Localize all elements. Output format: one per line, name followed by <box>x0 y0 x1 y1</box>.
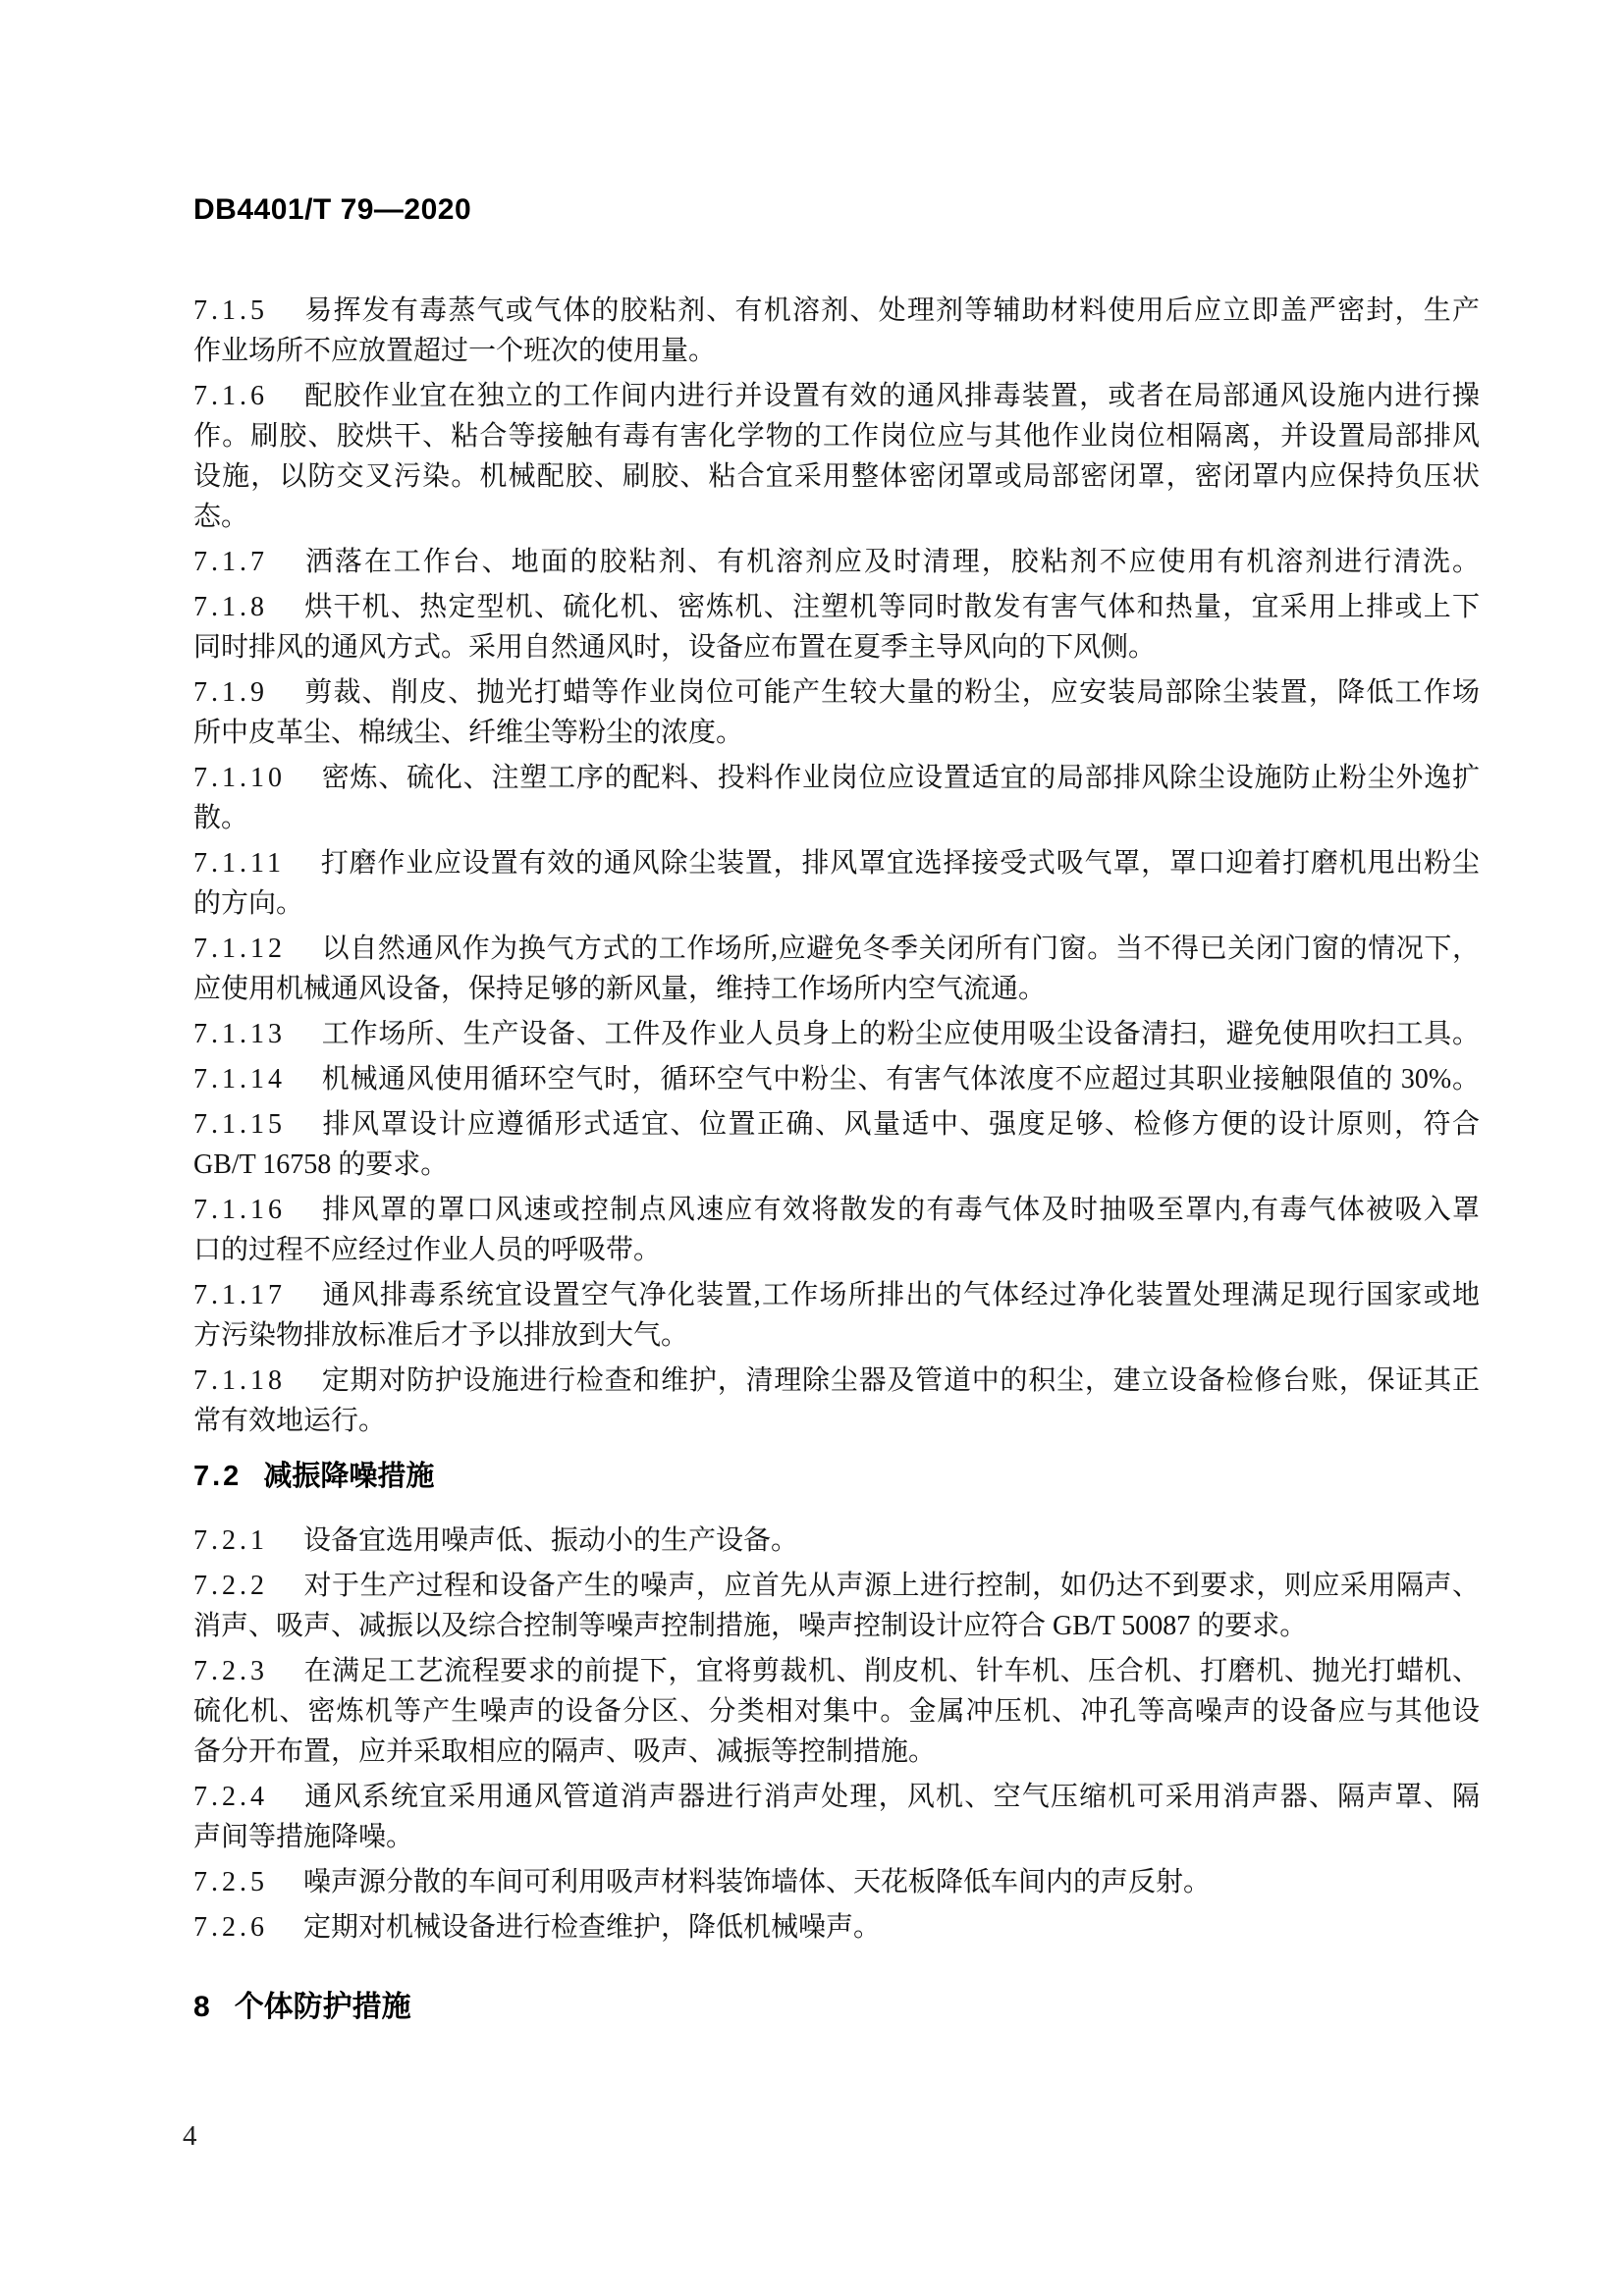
clause: 7.2.2对于生产过程和设备产生的噪声，应首先从声源上进行控制，如仍达不到要求，… <box>193 1566 1480 1646</box>
clause-line: 的方向。 <box>193 883 1480 924</box>
clause-text: 方污染物排放标准后才予以排放到大气。 <box>193 1320 688 1351</box>
clause-number: 7.1.9 <box>193 677 268 708</box>
clause-text: 通风排毒系统宜设置空气净化装置,工作场所排出的气体经过净化装置处理满足现行国家或… <box>321 1280 1480 1310</box>
clause-text: 排风罩的罩口风速或控制点风速应有效将散发的有毒气体及时抽吸至罩内,有毒气体被吸入… <box>321 1195 1480 1225</box>
section-title: 减振降噪措施 <box>263 1461 434 1492</box>
clause-line: 7.1.13工作场所、生产设备、工件及作业人员身上的粉尘应使用吸尘设备清扫，避免… <box>193 1014 1480 1054</box>
clause-number: 7.1.6 <box>193 381 268 411</box>
clause-number: 7.1.17 <box>193 1280 286 1310</box>
clause-number: 7.2.1 <box>193 1525 268 1556</box>
clause: 7.1.6配胶作业宜在独立的工作间内进行并设置有效的通风排毒装置，或者在局部通风… <box>193 376 1480 537</box>
clause-number: 7.1.8 <box>193 592 268 622</box>
clause-line: 硫化机、密炼机等产生噪声的设备分区、分类相对集中。金属冲压机、冲孔等高噪声的设备… <box>193 1691 1480 1732</box>
clause-number: 7.2.2 <box>193 1571 268 1601</box>
clause-line: 散。 <box>193 798 1480 838</box>
clause-number: 7.1.12 <box>193 934 286 964</box>
clause-text: 设施，以防交叉污染。机械配胶、刷胶、粘合宜采用整体密闭罩或局部密闭罩，密闭罩内应… <box>193 461 1480 492</box>
clause-text: 同时排风的通风方式。采用自然通风时，设备应布置在夏季主导风向的下风侧。 <box>193 632 1156 663</box>
clause-text: 硫化机、密炼机等产生噪声的设备分区、分类相对集中。金属冲压机、冲孔等高噪声的设备… <box>193 1696 1480 1727</box>
clause-number: 7.1.11 <box>193 848 285 879</box>
clause: 7.1.9剪裁、削皮、抛光打蜡等作业岗位可能产生较大量的粉尘，应安装局部除尘装置… <box>193 672 1480 753</box>
clause: 7.1.5易挥发有毒蒸气或气体的胶粘剂、有机溶剂、处理剂等辅助材料使用后应立即盖… <box>193 291 1480 371</box>
clause-line: 口的过程不应经过作业人员的呼吸带。 <box>193 1230 1480 1270</box>
clause: 7.1.13工作场所、生产设备、工件及作业人员身上的粉尘应使用吸尘设备清扫，避免… <box>193 1014 1480 1054</box>
section-number: 7.2 <box>193 1461 242 1492</box>
clause-line: 消声、吸声、减振以及综合控制等噪声控制措施，噪声控制设计应符合 GB/T 500… <box>193 1606 1480 1646</box>
clause-line: 7.1.7洒落在工作台、地面的胶粘剂、有机溶剂应及时清理，胶粘剂不应使用有机溶剂… <box>193 542 1480 582</box>
clause: 7.2.4通风系统宜采用通风管道消声器进行消声处理，风机、空气压缩机可采用消声器… <box>193 1777 1480 1857</box>
section-title: 个体防护措施 <box>235 1991 411 2023</box>
clause-number: 7.2.6 <box>193 1912 268 1943</box>
clause-number: 7.1.7 <box>193 547 268 577</box>
clause-text: 应使用机械通风设备，保持足够的新风量，维持工作场所内空气流通。 <box>193 974 1046 1004</box>
clause-number: 7.1.18 <box>193 1365 286 1396</box>
clause-number: 7.2.4 <box>193 1782 268 1812</box>
clause-line: 常有效地运行。 <box>193 1401 1480 1441</box>
clause-text: 的方向。 <box>193 888 303 919</box>
clause-text: 机械通风使用循环空气时，循环空气中粉尘、有害气体浓度不应超过其职业接触限值的 3… <box>321 1064 1480 1095</box>
clause-text: 常有效地运行。 <box>193 1406 386 1436</box>
document-page: DB4401/T 79—2020 7.1.5易挥发有毒蒸气或气体的胶粘剂、有机溶… <box>0 0 1624 2296</box>
clause-line: 7.1.15排风罩设计应遵循形式适宜、位置正确、风量适中、强度足够、检修方便的设… <box>193 1104 1480 1145</box>
clause: 7.1.15排风罩设计应遵循形式适宜、位置正确、风量适中、强度足够、检修方便的设… <box>193 1104 1480 1185</box>
clause: 7.2.5噪声源分散的车间可利用吸声材料装饰墙体、天花板降低车间内的声反射。 <box>193 1862 1480 1902</box>
clause-text: 烘干机、热定型机、硫化机、密炼机、注塑机等同时散发有害气体和热量，宜采用上排或上… <box>303 592 1480 622</box>
clause-line: 7.2.3在满足工艺流程要求的前提下，宜将剪裁机、削皮机、针车机、压合机、打磨机… <box>193 1651 1480 1691</box>
clause-line: 7.1.9剪裁、削皮、抛光打蜡等作业岗位可能产生较大量的粉尘，应安装局部除尘装置… <box>193 672 1480 713</box>
clause-line: 7.2.2对于生产过程和设备产生的噪声，应首先从声源上进行控制，如仍达不到要求，… <box>193 1566 1480 1606</box>
clause-line: 设施，以防交叉污染。机械配胶、刷胶、粘合宜采用整体密闭罩或局部密闭罩，密闭罩内应… <box>193 456 1480 497</box>
doc-body: 7.1.5易挥发有毒蒸气或气体的胶粘剂、有机溶剂、处理剂等辅助材料使用后应立即盖… <box>193 291 1480 2027</box>
clause: 7.1.17通风排毒系统宜设置空气净化装置,工作场所排出的气体经过净化装置处理满… <box>193 1275 1480 1356</box>
section-heading: 8个体防护措施 <box>193 1987 1480 2027</box>
clause-text: 以自然通风作为换气方式的工作场所,应避免冬季关闭所有门窗。当不得已关闭门窗的情况… <box>321 934 1480 964</box>
clause-text: 设备宜选用噪声低、振动小的生产设备。 <box>303 1525 798 1556</box>
clause: 7.1.18定期对防护设施进行检查和维护，清理除尘器及管道中的积尘，建立设备检修… <box>193 1361 1480 1441</box>
page-number: 4 <box>183 2116 197 2157</box>
clause-text: 备分开布置，应并采取相应的隔声、吸声、减振等控制措施。 <box>193 1736 936 1767</box>
clause: 7.2.6定期对机械设备进行检查维护，降低机械噪声。 <box>193 1907 1480 1948</box>
clause-text: 工作场所、生产设备、工件及作业人员身上的粉尘应使用吸尘设备清扫，避免使用吹扫工具… <box>321 1019 1480 1049</box>
clause-line: 所中皮革尘、棉绒尘、纤维尘等粉尘的浓度。 <box>193 713 1480 753</box>
clause-line: GB/T 16758 的要求。 <box>193 1145 1480 1185</box>
clause-text: 排风罩设计应遵循形式适宜、位置正确、风量适中、强度足够、检修方便的设计原则，符合 <box>321 1109 1480 1140</box>
clause-line: 作业场所不应放置超过一个班次的使用量。 <box>193 331 1480 371</box>
clause-text: 对于生产过程和设备产生的噪声，应首先从声源上进行控制，如仍达不到要求，则应采用隔… <box>303 1571 1480 1601</box>
clause-text: 剪裁、削皮、抛光打蜡等作业岗位可能产生较大量的粉尘，应安装局部除尘装置，降低工作… <box>303 677 1480 708</box>
clause-text: 打磨作业应设置有效的通风除尘装置，排风罩宜选择接受式吸气罩，罩口迎着打磨机甩出粉… <box>320 848 1480 879</box>
clause-text: 散。 <box>193 803 248 833</box>
clause-text: 通风系统宜采用通风管道消声器进行消声处理，风机、空气压缩机可采用消声器、隔声罩、… <box>303 1782 1480 1812</box>
clause: 7.1.12以自然通风作为换气方式的工作场所,应避免冬季关闭所有门窗。当不得已关… <box>193 929 1480 1009</box>
clause-line: 7.1.8烘干机、热定型机、硫化机、密炼机、注塑机等同时散发有害气体和热量，宜采… <box>193 587 1480 627</box>
clause-line: 7.1.18定期对防护设施进行检查和维护，清理除尘器及管道中的积尘，建立设备检修… <box>193 1361 1480 1401</box>
clause-number: 7.1.13 <box>193 1019 286 1049</box>
clause-text: GB/T 16758 的要求。 <box>193 1149 448 1180</box>
standard-number-header: DB4401/T 79—2020 <box>193 193 471 227</box>
clause-text: 声间等措施降噪。 <box>193 1822 413 1852</box>
clause-text: 消声、吸声、减振以及综合控制等噪声控制措施，噪声控制设计应符合 GB/T 500… <box>193 1611 1307 1641</box>
clause-line: 7.1.6配胶作业宜在独立的工作间内进行并设置有效的通风排毒装置，或者在局部通风… <box>193 376 1480 416</box>
clause: 7.2.3在满足工艺流程要求的前提下，宜将剪裁机、削皮机、针车机、压合机、打磨机… <box>193 1651 1480 1772</box>
clause-number: 7.1.14 <box>193 1064 286 1095</box>
clause-text: 密炼、硫化、注塑工序的配料、投料作业岗位应设置适宜的局部排风除尘设施防止粉尘外逸… <box>321 763 1480 793</box>
clause-number: 7.1.15 <box>193 1109 286 1140</box>
clause-line: 7.1.14机械通风使用循环空气时，循环空气中粉尘、有害气体浓度不应超过其职业接… <box>193 1059 1480 1099</box>
clause-text: 洒落在工作台、地面的胶粘剂、有机溶剂应及时清理，胶粘剂不应使用有机溶剂进行清洗。 <box>303 547 1480 577</box>
clause: 7.1.14机械通风使用循环空气时，循环空气中粉尘、有害气体浓度不应超过其职业接… <box>193 1059 1480 1099</box>
clause: 7.1.8烘干机、热定型机、硫化机、密炼机、注塑机等同时散发有害气体和热量，宜采… <box>193 587 1480 667</box>
section-number: 8 <box>193 1991 213 2023</box>
clause-text: 口的过程不应经过作业人员的呼吸带。 <box>193 1235 661 1265</box>
clause-text: 在满足工艺流程要求的前提下，宜将剪裁机、削皮机、针车机、压合机、打磨机、抛光打蜡… <box>303 1656 1480 1686</box>
clause-line: 作。刷胶、胶烘干、粘合等接触有毒有害化学物的工作岗位应与其他作业岗位相隔离，并设… <box>193 416 1480 456</box>
clause-line: 态。 <box>193 497 1480 537</box>
clause: 7.1.7洒落在工作台、地面的胶粘剂、有机溶剂应及时清理，胶粘剂不应使用有机溶剂… <box>193 542 1480 582</box>
clause-line: 方污染物排放标准后才予以排放到大气。 <box>193 1315 1480 1356</box>
clause-line: 同时排风的通风方式。采用自然通风时，设备应布置在夏季主导风向的下风侧。 <box>193 627 1480 667</box>
clause-text: 定期对防护设施进行检查和维护，清理除尘器及管道中的积尘，建立设备检修台账，保证其… <box>321 1365 1480 1396</box>
clause-text: 噪声源分散的车间可利用吸声材料装饰墙体、天花板降低车间内的声反射。 <box>303 1867 1211 1897</box>
clause-number: 7.1.5 <box>193 295 268 326</box>
clause-line: 7.1.17通风排毒系统宜设置空气净化装置,工作场所排出的气体经过净化装置处理满… <box>193 1275 1480 1315</box>
clause: 7.2.1设备宜选用噪声低、振动小的生产设备。 <box>193 1521 1480 1561</box>
clause: 7.1.16排风罩的罩口风速或控制点风速应有效将散发的有毒气体及时抽吸至罩内,有… <box>193 1190 1480 1270</box>
clause-line: 备分开布置，应并采取相应的隔声、吸声、减振等控制措施。 <box>193 1732 1480 1772</box>
clause-line: 7.1.16排风罩的罩口风速或控制点风速应有效将散发的有毒气体及时抽吸至罩内,有… <box>193 1190 1480 1230</box>
clause-line: 声间等措施降噪。 <box>193 1817 1480 1857</box>
clause-line: 应使用机械通风设备，保持足够的新风量，维持工作场所内空气流通。 <box>193 969 1480 1009</box>
clause-text: 配胶作业宜在独立的工作间内进行并设置有效的通风排毒装置，或者在局部通风设施内进行… <box>303 381 1480 411</box>
clause-text: 态。 <box>193 502 248 532</box>
clause-number: 7.1.16 <box>193 1195 286 1225</box>
clause-line: 7.1.11打磨作业应设置有效的通风除尘装置，排风罩宜选择接受式吸气罩，罩口迎着… <box>193 843 1480 883</box>
clause-number: 7.2.5 <box>193 1867 268 1897</box>
clause-number: 7.1.10 <box>193 763 286 793</box>
clause-line: 7.1.12以自然通风作为换气方式的工作场所,应避免冬季关闭所有门窗。当不得已关… <box>193 929 1480 969</box>
clause-text: 定期对机械设备进行检查维护，降低机械噪声。 <box>303 1912 881 1943</box>
clause-line: 7.1.5易挥发有毒蒸气或气体的胶粘剂、有机溶剂、处理剂等辅助材料使用后应立即盖… <box>193 291 1480 331</box>
clause-text: 作业场所不应放置超过一个班次的使用量。 <box>193 336 716 366</box>
clause: 7.1.11打磨作业应设置有效的通风除尘装置，排风罩宜选择接受式吸气罩，罩口迎着… <box>193 843 1480 924</box>
clause-text: 所中皮革尘、棉绒尘、纤维尘等粉尘的浓度。 <box>193 718 743 748</box>
section-heading: 7.2减振降噪措施 <box>193 1457 1480 1497</box>
clause-line: 7.2.5噪声源分散的车间可利用吸声材料装饰墙体、天花板降低车间内的声反射。 <box>193 1862 1480 1902</box>
clause-line: 7.2.1设备宜选用噪声低、振动小的生产设备。 <box>193 1521 1480 1561</box>
clause-line: 7.2.6定期对机械设备进行检查维护，降低机械噪声。 <box>193 1907 1480 1948</box>
clause-text: 作。刷胶、胶烘干、粘合等接触有毒有害化学物的工作岗位应与其他作业岗位相隔离，并设… <box>193 421 1480 452</box>
clause-line: 7.2.4通风系统宜采用通风管道消声器进行消声处理，风机、空气压缩机可采用消声器… <box>193 1777 1480 1817</box>
clause: 7.1.10密炼、硫化、注塑工序的配料、投料作业岗位应设置适宜的局部排风除尘设施… <box>193 758 1480 838</box>
clause-line: 7.1.10密炼、硫化、注塑工序的配料、投料作业岗位应设置适宜的局部排风除尘设施… <box>193 758 1480 798</box>
clause-text: 易挥发有毒蒸气或气体的胶粘剂、有机溶剂、处理剂等辅助材料使用后应立即盖严密封，生… <box>303 295 1480 326</box>
clause-number: 7.2.3 <box>193 1656 268 1686</box>
